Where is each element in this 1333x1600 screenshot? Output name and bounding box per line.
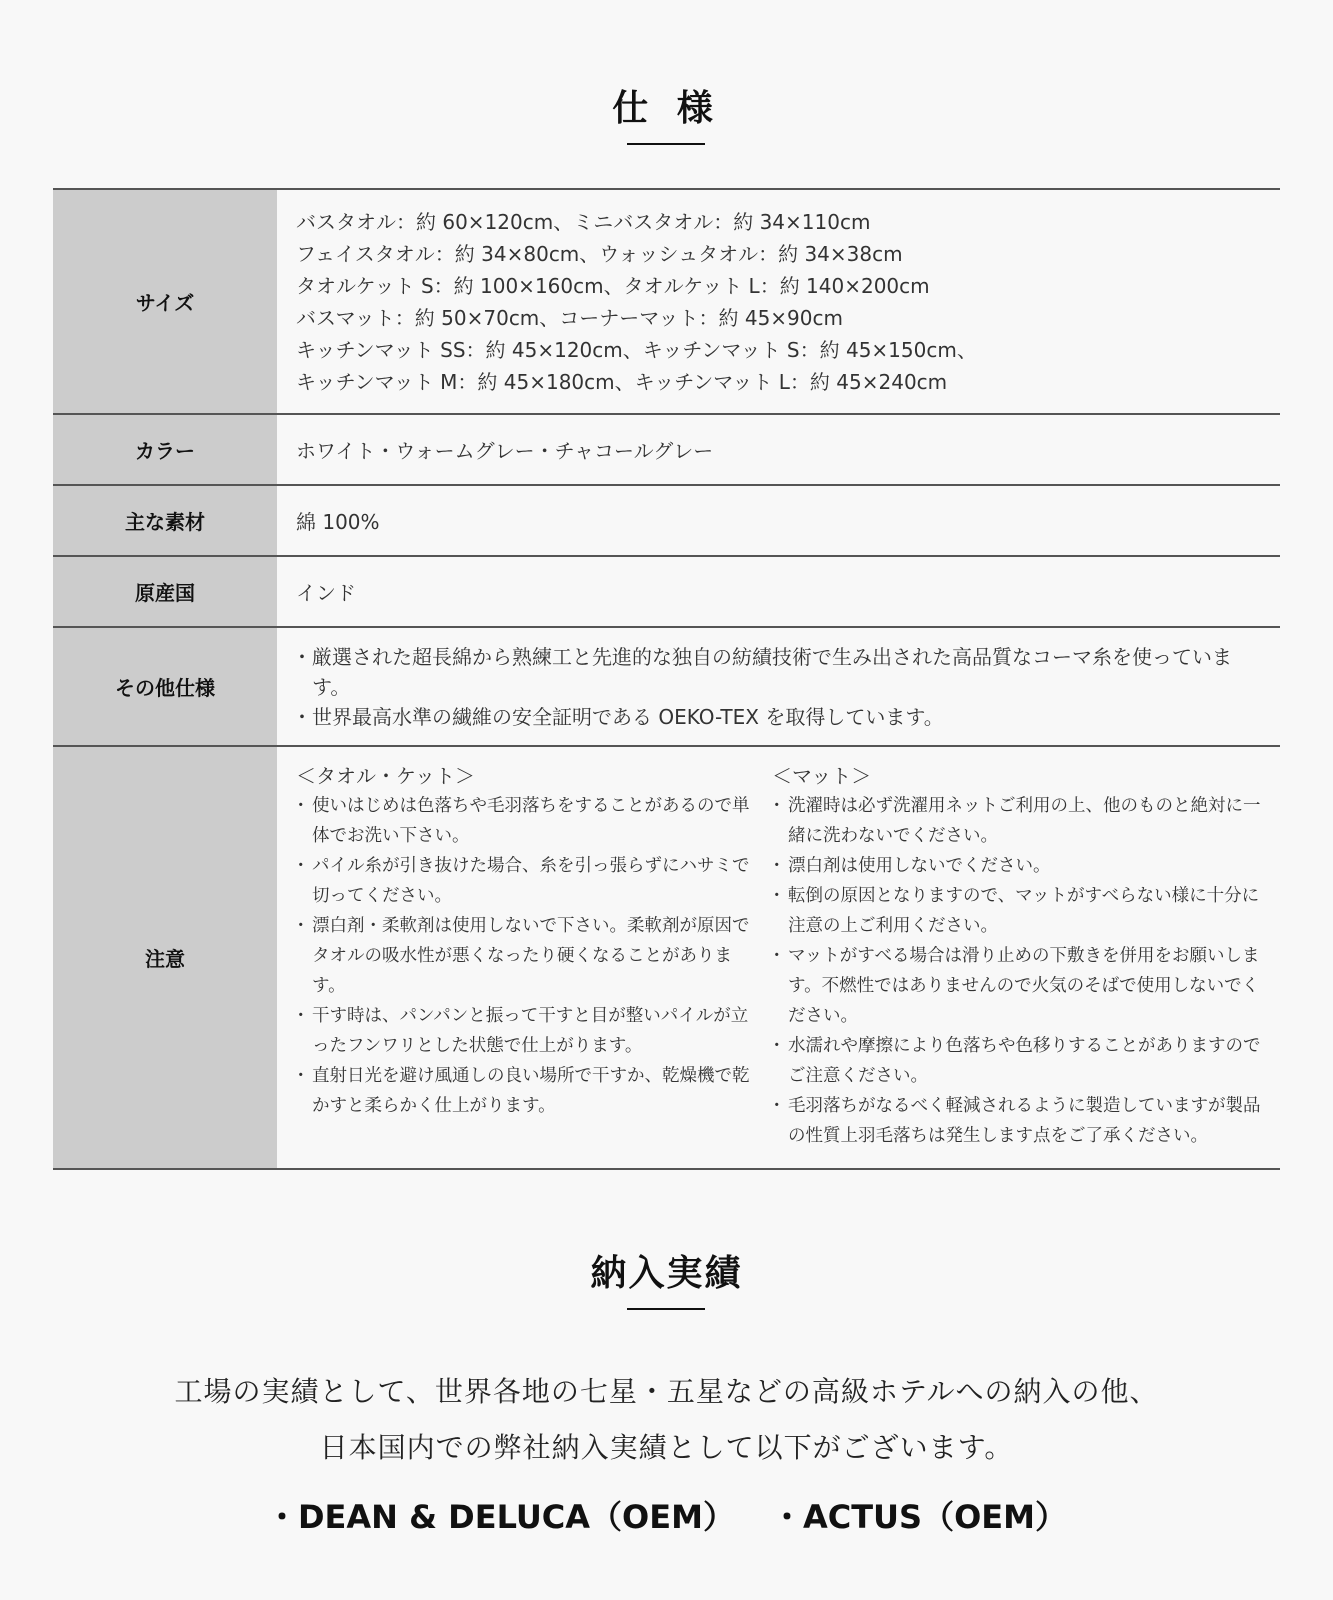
- notes-columns: ＜タオル・ケット＞ 使いはじめは色落ちや毛羽落ちをすることがあるので単体でお洗い…: [296, 747, 1266, 1168]
- spec-table: サイズ バスタオル：約 60×120cm、ミニバスタオル：約 34×110cm …: [53, 188, 1280, 1170]
- client-list: ・DEAN & DELUCA（OEM） ・ACTUS（OEM）: [0, 1492, 1333, 1538]
- other-spec-item: 世界最高水準の繊維の安全証明である OEKO-TEX を取得しています。: [296, 702, 1266, 732]
- spec-row-size: サイズ バスタオル：約 60×120cm、ミニバスタオル：約 34×110cm …: [53, 190, 1280, 415]
- spec-value-notes: ＜タオル・ケット＞ 使いはじめは色落ちや毛羽落ちをすることがあるので単体でお洗い…: [277, 747, 1280, 1168]
- size-line: タオルケット S：約 100×160cm、タオルケット L：約 140×200c…: [296, 270, 1266, 302]
- spec-row-origin: 原産国 インド: [53, 557, 1280, 628]
- spec-label-origin: 原産国: [53, 557, 277, 626]
- spec-value-other: 厳選された超長綿から熟練工と先進的な独自の紡績技術で生み出された高品質なコーマ糸…: [277, 628, 1280, 745]
- spec-title-underline: [627, 143, 705, 145]
- record-title-underline: [627, 1308, 705, 1310]
- notes-towel-item: パイル糸が引き抜けた場合、糸を引っ張らずにハサミで切ってください。: [296, 851, 752, 911]
- spec-row-color: カラー ホワイト・ウォームグレー・チャコールグレー: [53, 415, 1280, 486]
- notes-mat-item: 洗濯時は必ず洗濯用ネットご利用の上、他のものと絶対に一緒に洗わないでください。: [772, 791, 1262, 851]
- spec-row-material: 主な素材 綿 100%: [53, 486, 1280, 557]
- record-section-title: 納入実績: [0, 1245, 1333, 1296]
- record-description-line: 日本国内での弊社納入実績として以下がございます。: [0, 1426, 1333, 1466]
- size-line: バスマット：約 50×70cm、コーナーマット：約 45×90cm: [296, 302, 1266, 334]
- spec-row-other: その他仕様 厳選された超長綿から熟練工と先進的な独自の紡績技術で生み出された高品…: [53, 628, 1280, 747]
- spec-value-material: 綿 100%: [277, 486, 1280, 555]
- spec-row-notes: 注意 ＜タオル・ケット＞ 使いはじめは色落ちや毛羽落ちをすることがあるので単体で…: [53, 747, 1280, 1170]
- notes-towel-item: 使いはじめは色落ちや毛羽落ちをすることがあるので単体でお洗い下さい。: [296, 791, 752, 851]
- client-item: ・DEAN & DELUCA（OEM）: [266, 1492, 735, 1538]
- notes-towel-column: ＜タオル・ケット＞ 使いはじめは色落ちや毛羽落ちをすることがあるので単体でお洗い…: [296, 761, 772, 1168]
- notes-mat-item: 漂白剤は使用しないでください。: [772, 851, 1262, 881]
- notes-mat-item: マットがすべる場合は滑り止めの下敷きを併用をお願いします。不燃性ではありませんの…: [772, 941, 1262, 1031]
- notes-mat-item: 水濡れや摩擦により色落ちや色移りすることがありますのでご注意ください。: [772, 1031, 1262, 1091]
- record-description-line: 工場の実績として、世界各地の七星・五星などの高級ホテルへの納入の他、: [0, 1370, 1333, 1410]
- other-spec-item: 厳選された超長綿から熟練工と先進的な独自の紡績技術で生み出された高品質なコーマ糸…: [296, 642, 1266, 702]
- notes-mat-item: 転倒の原因となりますので、マットがすべらない様に十分に注意の上ご利用ください。: [772, 881, 1262, 941]
- notes-towel-item: 漂白剤・柔軟剤は使用しないで下さい。柔軟剤が原因でタオルの吸水性が悪くなったり硬…: [296, 911, 752, 1001]
- notes-towel-heading: ＜タオル・ケット＞: [296, 761, 752, 791]
- notes-towel-item: 干す時は、パンパンと振って干すと目が整いパイルが立ったフンワリとした状態で仕上が…: [296, 1001, 752, 1061]
- notes-mat-column: ＜マット＞ 洗濯時は必ず洗濯用ネットご利用の上、他のものと絶対に一緒に洗わないで…: [772, 761, 1262, 1168]
- spec-value-size: バスタオル：約 60×120cm、ミニバスタオル：約 34×110cm フェイス…: [277, 190, 1280, 413]
- spec-label-material: 主な素材: [53, 486, 277, 555]
- size-line: キッチンマット SS：約 45×120cm、キッチンマット S：約 45×150…: [296, 334, 1266, 366]
- spec-section-title: 仕 様: [0, 80, 1333, 131]
- notes-mat-item: 毛羽落ちがなるべく軽減されるように製造していますが製品の性質上羽毛落ちは発生しま…: [772, 1091, 1262, 1151]
- spec-label-color: カラー: [53, 415, 277, 484]
- spec-label-other: その他仕様: [53, 628, 277, 745]
- size-line: バスタオル：約 60×120cm、ミニバスタオル：約 34×110cm: [296, 206, 1266, 238]
- notes-towel-item: 直射日光を避け風通しの良い場所で干すか、乾燥機で乾かすと柔らかく仕上がります。: [296, 1061, 752, 1121]
- size-line: フェイスタオル：約 34×80cm、ウォッシュタオル：約 34×38cm: [296, 238, 1266, 270]
- spec-value-origin: インド: [277, 557, 1280, 626]
- spec-label-size: サイズ: [53, 190, 277, 413]
- client-item: ・ACTUS（OEM）: [771, 1492, 1067, 1538]
- notes-mat-heading: ＜マット＞: [772, 761, 1262, 791]
- size-line: キッチンマット M：約 45×180cm、キッチンマット L：約 45×240c…: [296, 366, 1266, 398]
- spec-label-notes: 注意: [53, 747, 277, 1168]
- spec-value-color: ホワイト・ウォームグレー・チャコールグレー: [277, 415, 1280, 484]
